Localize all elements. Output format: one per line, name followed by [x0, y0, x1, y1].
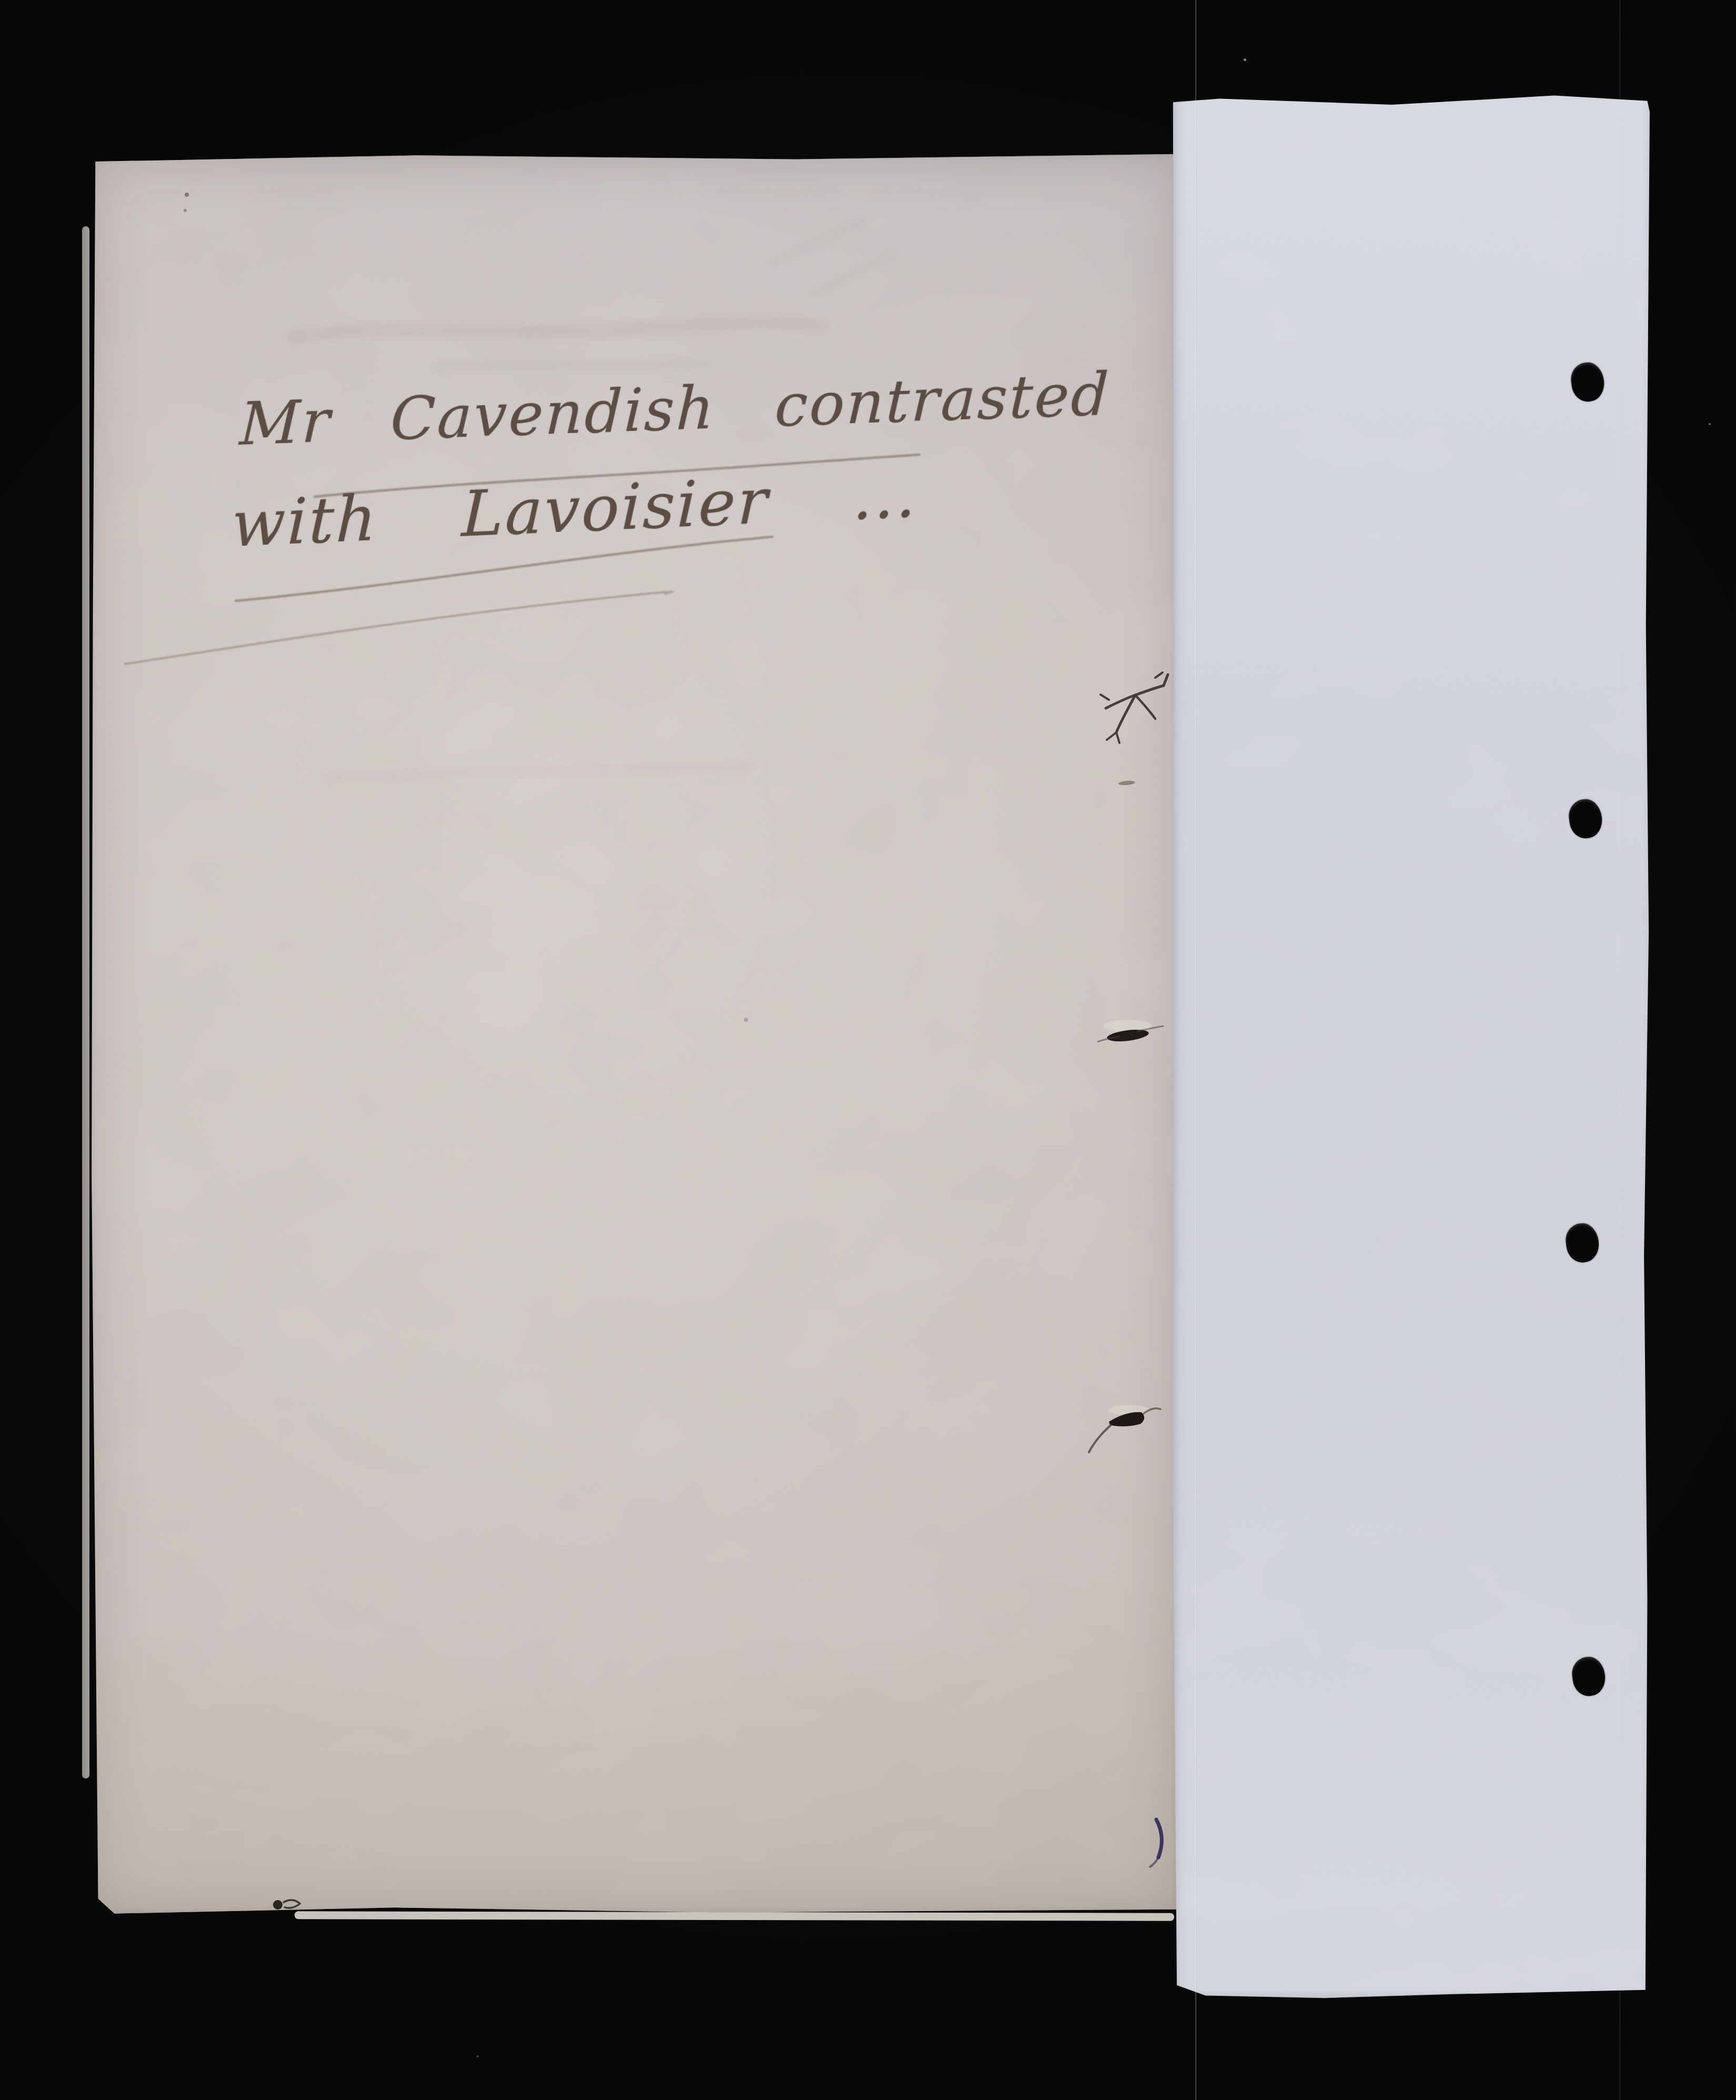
photo-stage: Mr Cavendish contrasted with Lavoisier .…: [0, 0, 1736, 2100]
dust-speck: [1244, 58, 1246, 61]
dust-speck: [1709, 423, 1711, 425]
under-sheet-edge-bottom: [295, 1911, 1174, 1921]
under-sheet-edge-left: [82, 226, 89, 1779]
dust-speck: [477, 2055, 479, 2057]
